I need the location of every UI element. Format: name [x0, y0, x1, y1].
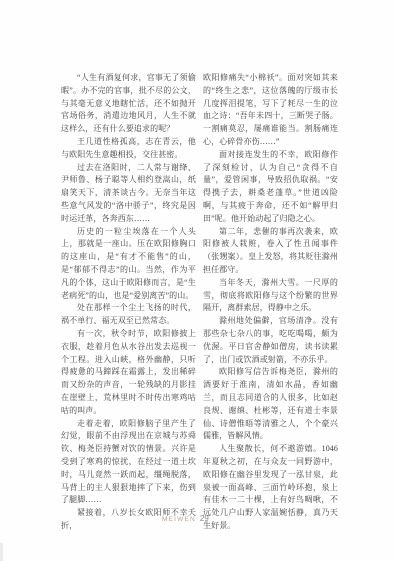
paragraph-continuation: 欧阳修痛失“小棉袄”。面对突如其来的“终生之悲”，这位落魄的厅级市长几度挥泪提笔… [203, 72, 338, 149]
scan-edge-artifact [0, 543, 3, 561]
paragraph: 王几道性格孤高，志在青云，他与欧阳先生意趣相投，交往甚密。 [61, 136, 196, 162]
paragraph: 历史的一粒尘埃落在一个人头上，那就是一座山。压在欧阳修胸口的这座山，是“有才不能… [61, 226, 196, 303]
paragraph: 第二年，悲催的事再次袭来，欧阳修被人栽赃，卷入了性丑闻事件（张甥案）。皇上发怒，… [203, 226, 338, 277]
paragraph: 走着走着，欧阳修脑子里产生了幻觉，眼前不由浮现出在京城与苏舜钦、梅尧臣持蟹对饮的… [61, 418, 196, 508]
paragraph: 有一次，秋令时节，欧阳修披上衣服，趁着月色从水谷出发去巡视一个工程。进入山峡，格… [61, 328, 196, 418]
left-text-column: “人生有酒复何求，官事无了须偷暇”。办不完的官事，批不尽的公文，与其毫无意义地瞎… [61, 72, 196, 533]
paragraph: 欧阳修写信告诉梅尧臣，滁州的酒要好于淮南，清如水晶，香如幽兰，而且志同道合的人很… [203, 366, 338, 443]
paragraph: 人生聚散长，何不遨游嬉。1046年夏秋之初，在与众友一同野游中，欧阳修在幽谷里发… [203, 443, 338, 533]
document-page: “人生有酒复何求，官事无了须偷暇”。办不完的官事，批不尽的公文，与其毫无意义地瞎… [0, 0, 396, 561]
paragraph: “人生有酒复何求，官事无了须偷暇”。办不完的官事，批不尽的公文，与其毫无意义地瞎… [61, 72, 196, 136]
paragraph: 面对接连发生的不幸，欧阳修作了深刻检讨，认为自己“贪得不自量”，爱管闲事，导致招… [203, 149, 338, 226]
paragraph: 处在那样一个尘土飞扬的时代，祸不单行、福无双至已然常态。 [61, 302, 196, 328]
page-footer: MEIWEN 29 [162, 514, 209, 523]
text-block: “人生有酒复何求，官事无了须偷暇”。办不完的官事，批不尽的公文，与其毫无意义地瞎… [61, 72, 338, 533]
paragraph: 滁州地处偏僻，官场清净。没有那些杂七杂八的事，吃吃喝喝，颇为优渥。平日官舍静如僧… [203, 315, 338, 366]
magazine-name: MEIWEN [162, 516, 196, 523]
paragraph: 过去在洛阳时，二人常与谢绛、尹师鲁、杨子聪等人相约登嵩山，纸扇笑天下，清茶谈古今… [61, 162, 196, 226]
paragraph: 当年冬天，滁州大雪。一尺厚的雪，彻底将欧阳修与这个纷繁的世界隔开，离群索居，得静… [203, 277, 338, 315]
page-number: 29 [200, 514, 209, 523]
right-text-column: 欧阳修痛失“小棉袄”。面对突如其来的“终生之悲”，这位落魄的厅级市长几度挥泪提笔… [203, 72, 338, 533]
